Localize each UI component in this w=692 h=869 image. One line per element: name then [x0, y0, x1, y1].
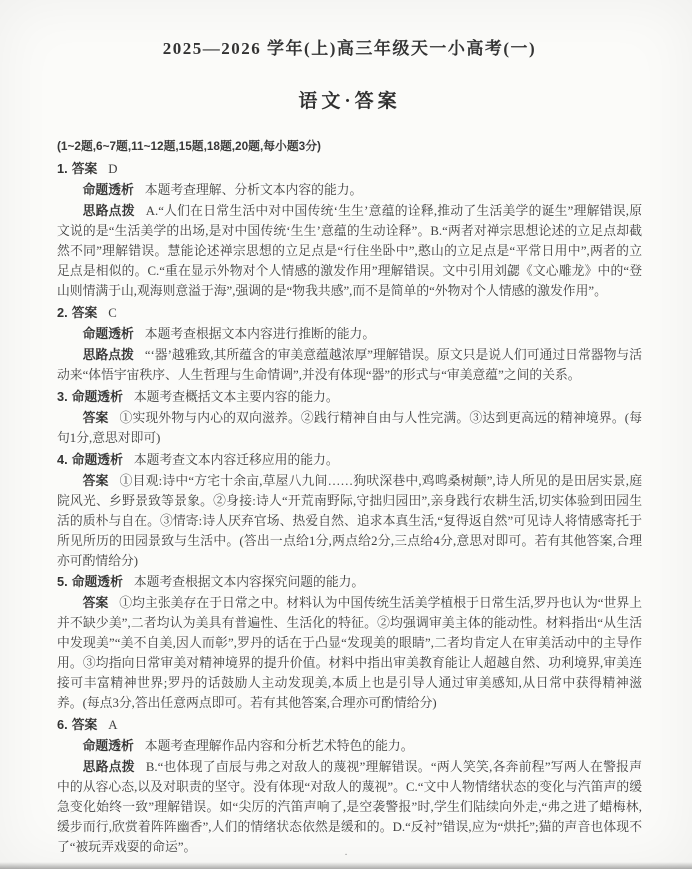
- guidance-text: B.“也体现了卣辰与弗之对敌人的蔑视”理解错误。“两人笑笑,各奔前程”写两人在警…: [57, 760, 642, 854]
- guidance-text: “‘器’越雅致,其所蕴含的审美意蕴越浓厚”理解错误。原文只是说人们可通过日常器物…: [57, 348, 642, 382]
- answer-text: ①实现外物与内心的双向滋养。②践行精神自由与人性完满。③达到更高远的精神境界。(…: [57, 411, 642, 445]
- answer-item-2: 2.答案C 命题透析本题考查根据文本内容进行推断的能力。 思路点拨“‘器’越雅致…: [57, 303, 642, 386]
- item-1-number: 1.: [57, 161, 68, 176]
- analysis-label: 命题透析: [83, 326, 134, 341]
- analysis-text: 本题考查文本内容迁移应用的能力。: [134, 453, 339, 467]
- item-3-analysis-line: 3.命题透析本题考查概括文本主要内容的能力。: [57, 387, 642, 408]
- answer-label: 答案: [83, 595, 109, 610]
- answer-label: 答案: [72, 161, 98, 176]
- analysis-label: 命题透析: [72, 452, 123, 467]
- page-subtitle: 语文·答案: [57, 86, 642, 113]
- item-2-analysis: 命题透析本题考查根据文本内容进行推断的能力。: [57, 324, 642, 345]
- analysis-label: 命题透析: [83, 738, 134, 753]
- answer-letter: C: [108, 306, 117, 320]
- analysis-text: 本题考查根据文本内容进行推断的能力。: [145, 327, 375, 341]
- answer-item-1: 1.答案D 命题透析本题考查理解、分析文本内容的能力。 思路点拨A.“人们在日常…: [57, 159, 642, 302]
- answer-letter: A: [108, 718, 117, 732]
- analysis-label: 命题透析: [83, 182, 134, 197]
- answer-text: ①均主张美存在于日常之中。材料认为中国传统生活美学植根于日常生活,罗丹也认为“世…: [57, 596, 642, 710]
- item-6-number: 6.: [57, 717, 68, 732]
- item-3-number: 3.: [57, 389, 68, 404]
- item-3-answer: 答案①实现外物与内心的双向滋养。②践行精神自由与人性完满。③达到更高远的精神境界…: [57, 408, 642, 449]
- answer-label: 答案: [83, 473, 109, 488]
- answer-text: ①目观:诗中“方宅十余亩,草屋八九间……狗吠深巷中,鸡鸣桑树颠”,诗人所见的是田…: [57, 474, 642, 568]
- item-4-analysis-line: 4.命题透析本题考查文本内容迁移应用的能力。: [57, 450, 642, 471]
- item-6-answer-line: 6.答案A: [57, 715, 642, 736]
- item-6-guidance: 思路点拨B.“也体现了卣辰与弗之对敌人的蔑视”理解错误。“两人笑笑,各奔前程”写…: [57, 757, 642, 858]
- analysis-text: 本题考查理解、分析文本内容的能力。: [145, 183, 363, 197]
- item-2-number: 2.: [57, 305, 68, 320]
- item-2-guidance: 思路点拨“‘器’越雅致,其所蕴含的审美意蕴越浓厚”理解错误。原文只是说人们可通过…: [57, 345, 642, 386]
- item-6-analysis: 命题透析本题考查理解作品内容和分析艺术特色的能力。: [57, 736, 642, 757]
- page-title: 2025—2026 学年(上)高三年级天一小高考(一): [57, 34, 642, 59]
- item-1-analysis: 命题透析本题考查理解、分析文本内容的能力。: [57, 180, 642, 201]
- answer-item-4: 4.命题透析本题考查文本内容迁移应用的能力。 答案①目观:诗中“方宅十余亩,草屋…: [57, 450, 642, 572]
- guidance-text: A.“人们在日常生活中对中国传统‘生生’意蕴的诠释,推动了生活美学的诞生”理解错…: [57, 204, 642, 298]
- answer-letter: D: [108, 162, 117, 176]
- analysis-text: 本题考查根据文本内容探究问题的能力。: [134, 575, 364, 589]
- item-2-answer-line: 2.答案C: [57, 303, 642, 324]
- exam-answer-sheet-page: 2025—2026 学年(上)高三年级天一小高考(一) 语文·答案 (1~2题,…: [0, 0, 692, 869]
- scan-edge-shadow: [0, 862, 692, 869]
- item-5-answer: 答案①均主张美存在于日常之中。材料认为中国传统生活美学植根于日常生活,罗丹也认为…: [57, 593, 642, 714]
- answer-item-6: 6.答案A 命题透析本题考查理解作品内容和分析艺术特色的能力。 思路点拨B.“也…: [57, 715, 642, 858]
- guidance-label: 思路点拨: [83, 203, 135, 218]
- answer-item-5: 5.命题透析本题考查根据文本内容探究问题的能力。 答案①均主张美存在于日常之中。…: [57, 572, 642, 714]
- page-content: 2025—2026 学年(上)高三年级天一小高考(一) 语文·答案 (1~2题,…: [0, 0, 692, 859]
- scoring-note: (1~2题,6~7题,11~12题,15题,18题,20题,每小题3分): [57, 137, 642, 155]
- answers-body: (1~2题,6~7题,11~12题,15题,18题,20题,每小题3分) 1.答…: [57, 137, 642, 858]
- item-5-analysis-line: 5.命题透析本题考查根据文本内容探究问题的能力。: [57, 572, 642, 593]
- answer-label: 答案: [83, 410, 109, 425]
- guidance-label: 思路点拨: [83, 759, 135, 774]
- guidance-label: 思路点拨: [83, 347, 134, 362]
- item-5-number: 5.: [57, 574, 68, 589]
- item-1-answer-line: 1.答案D: [57, 159, 642, 180]
- item-4-answer: 答案①目观:诗中“方宅十余亩,草屋八九间……狗吠深巷中,鸡鸣桑树颠”,诗人所见的…: [57, 471, 642, 572]
- analysis-text: 本题考查理解作品内容和分析艺术特色的能力。: [145, 739, 414, 753]
- analysis-label: 命题透析: [72, 389, 123, 404]
- item-4-number: 4.: [57, 452, 68, 467]
- answer-label: 答案: [72, 305, 98, 320]
- answer-item-3: 3.命题透析本题考查概括文本主要内容的能力。 答案①实现外物与内心的双向滋养。②…: [57, 387, 642, 449]
- analysis-label: 命题透析: [72, 574, 123, 589]
- answer-label: 答案: [72, 717, 98, 732]
- item-1-guidance: 思路点拨A.“人们在日常生活中对中国传统‘生生’意蕴的诠释,推动了生活美学的诞生…: [57, 201, 642, 302]
- page-marker: ·: [0, 850, 692, 861]
- analysis-text: 本题考查概括文本主要内容的能力。: [134, 390, 339, 404]
